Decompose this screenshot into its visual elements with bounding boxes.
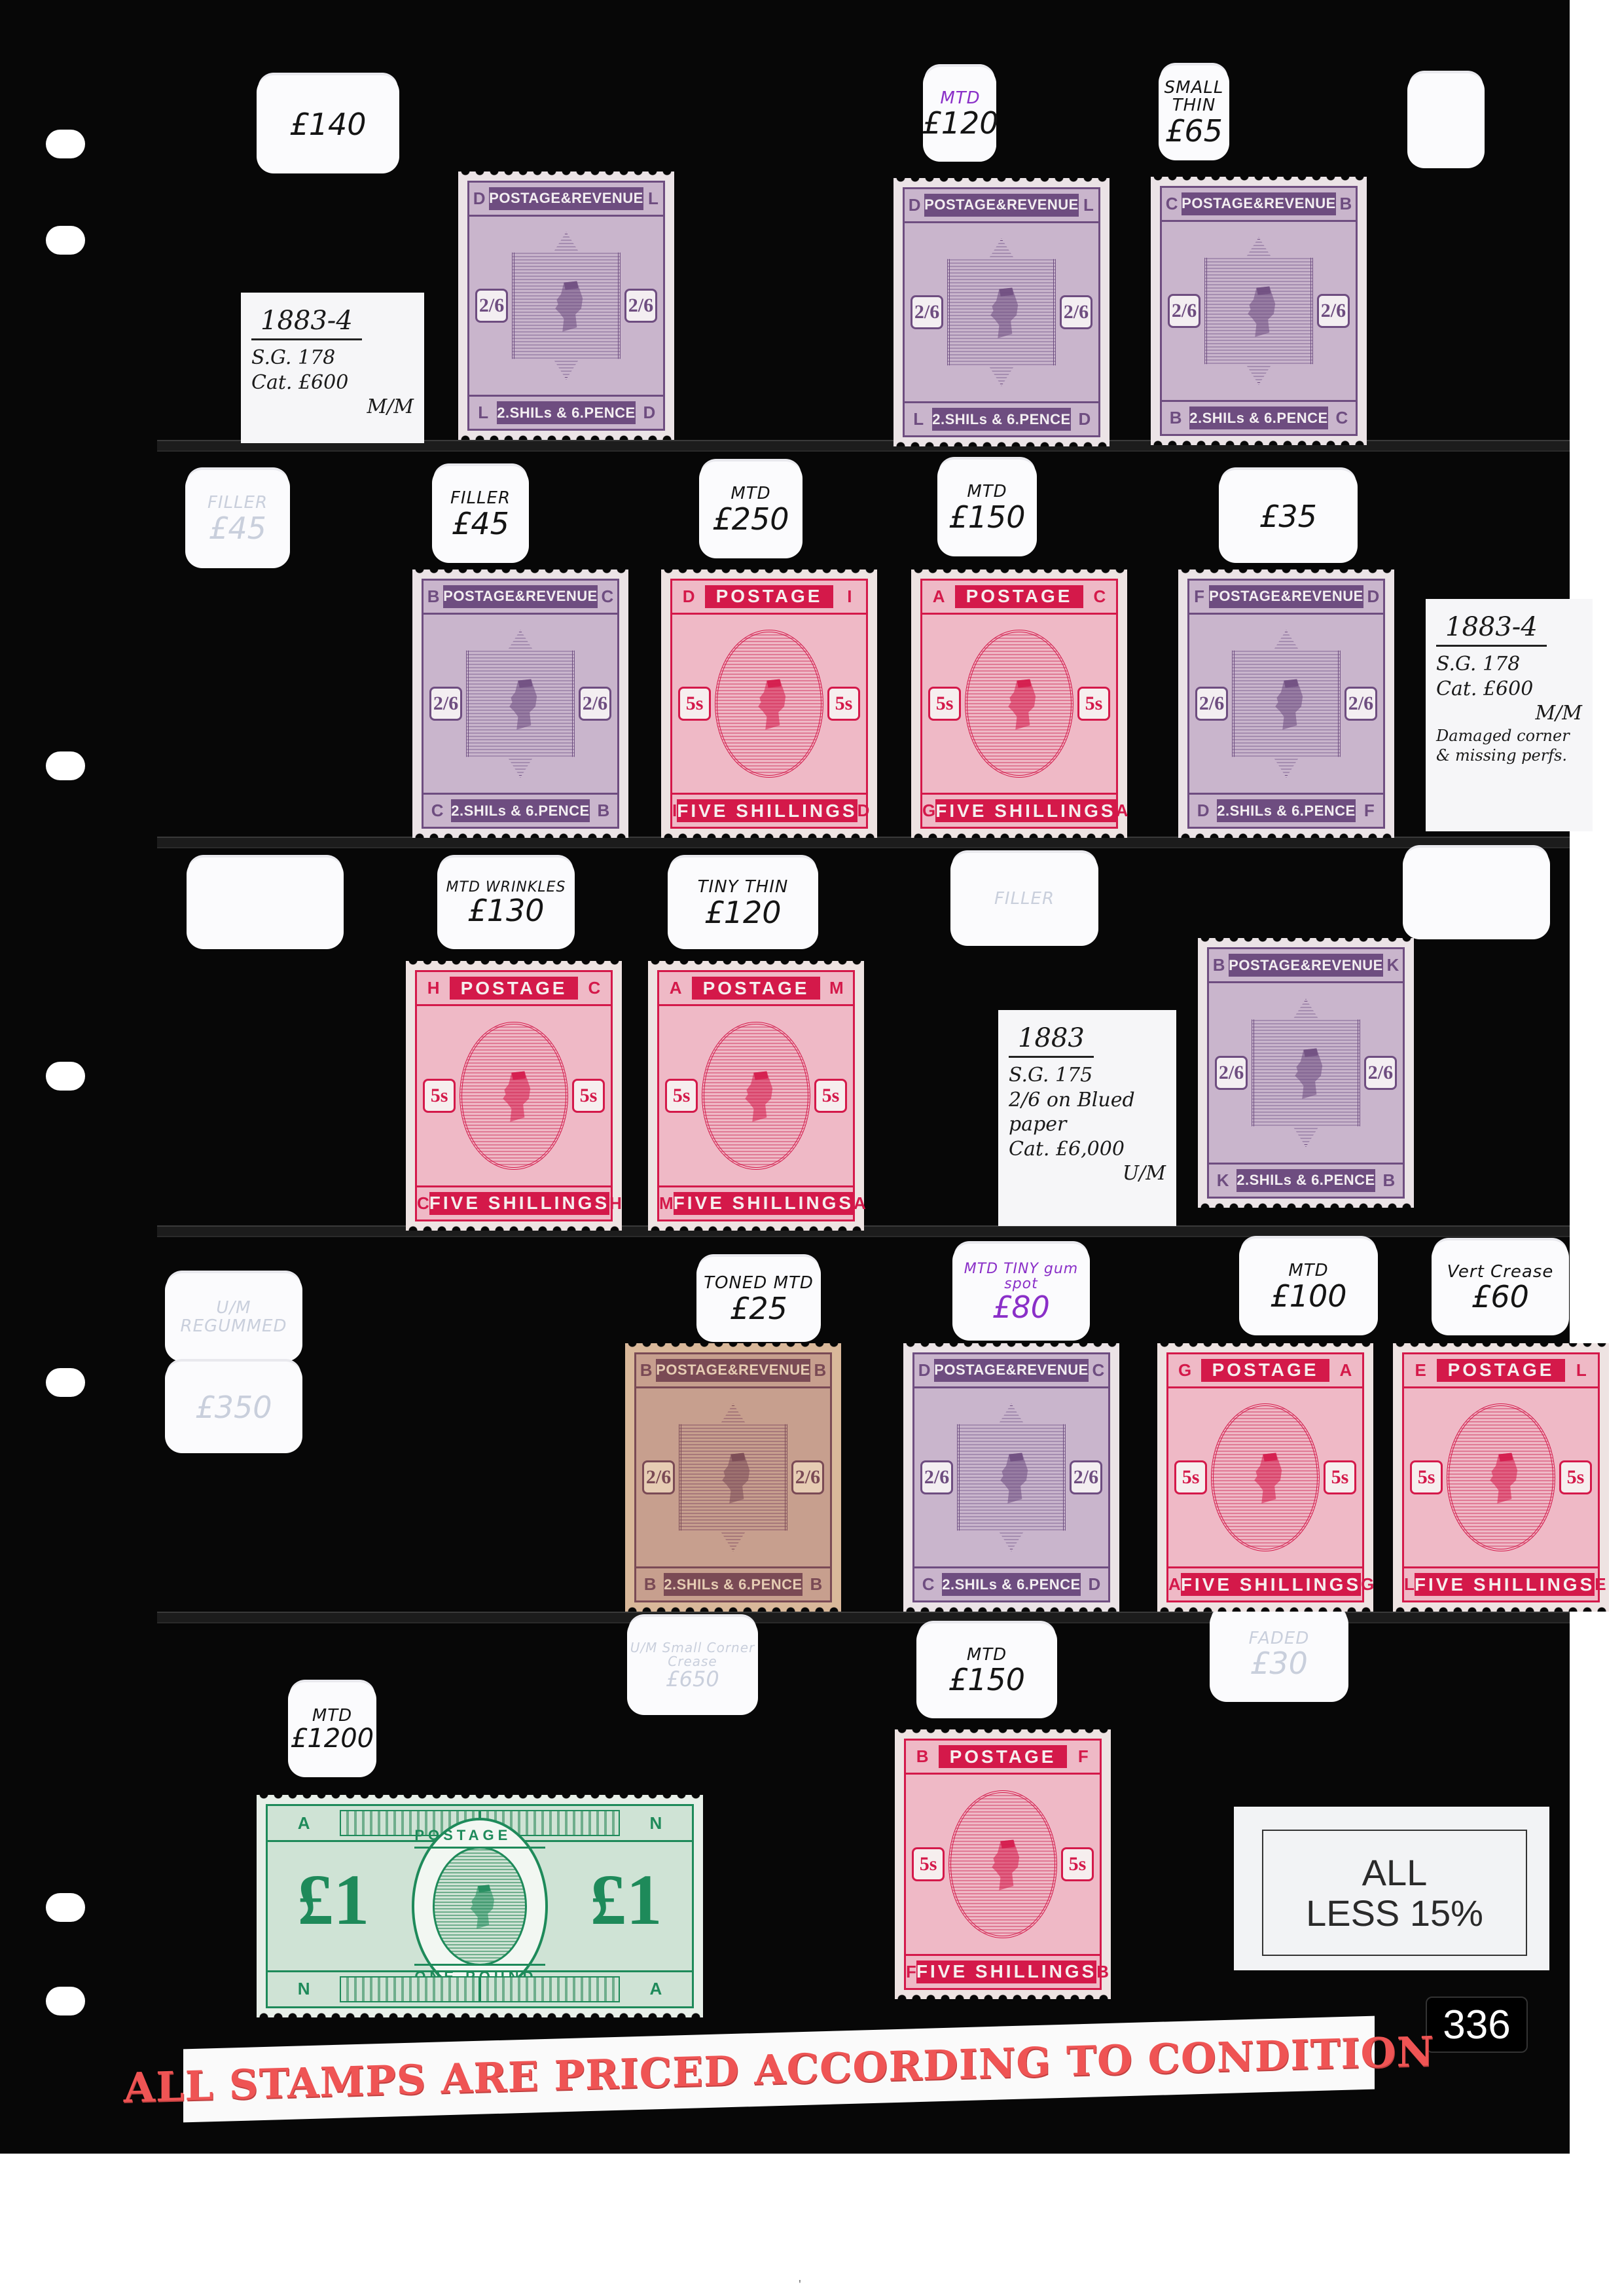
check-letter: C	[1083, 587, 1116, 607]
check-letter: B	[803, 1574, 830, 1595]
check-letter: D	[905, 195, 924, 215]
stamp-medallion	[1232, 630, 1341, 778]
price-text: £120	[704, 897, 781, 928]
stamp-frame: AN £1 £1 POSTAGEONE POUND NA	[266, 1804, 694, 2008]
stamp-top-inscription: POSTAGE&REVENUE	[656, 1359, 810, 1382]
price-text: £120	[922, 107, 998, 139]
stamp-value: 2/6	[1215, 1056, 1248, 1090]
card-line: Damaged corner	[1436, 726, 1582, 746]
check-letter: D	[1081, 1574, 1108, 1595]
queen-victoria-portrait	[1240, 270, 1284, 352]
check-letter: L	[1404, 1574, 1415, 1595]
stamp-frame: EPOSTAGEL 5s 5s LFIVE SHILLINGSE	[1402, 1352, 1600, 1602]
stamp-bottom-inscription: 2.SHILs & 6.PENCE	[664, 1573, 802, 1596]
check-letter: B	[1162, 408, 1189, 428]
binder-hole	[46, 1368, 85, 1397]
price-label[interactable]: U/M Small Corner Crease £650	[627, 1617, 758, 1715]
queen-victoria-portrait	[715, 1436, 758, 1519]
queen-victoria-portrait	[464, 1873, 502, 1940]
check-letter: C	[1328, 408, 1356, 428]
stamp-value: 5s	[1324, 1460, 1356, 1494]
check-letter: F	[906, 1962, 916, 1982]
stamp-value: 2/6	[920, 1460, 953, 1494]
stamp-bottom-inscription: 2.SHILs & 6.PENCE	[942, 1573, 1080, 1596]
check-letter: B	[590, 801, 617, 821]
stamp-value: 2/6	[1060, 295, 1092, 329]
stamp-bottom-inscription: FIVE SHILLINGS	[674, 1192, 854, 1215]
stamp-half-crown[interactable]: DPOSTAGE&REVENUEL 2/6 2/6 L2.SHILs & 6.P…	[458, 172, 674, 440]
check-letter: F	[1067, 1746, 1100, 1767]
check-letter: D	[914, 1360, 934, 1381]
check-letter: B	[1209, 955, 1229, 975]
stamp-top-inscription: POSTAGE	[1201, 1359, 1329, 1382]
check-letter: H	[609, 1193, 622, 1214]
stamp-five-shillings[interactable]: APOSTAGEC 5s 5s GFIVE SHILLINGSA	[911, 569, 1127, 838]
card-line: M/M	[251, 395, 414, 420]
stamp-frame: FPOSTAGE&REVENUED 2/6 2/6 D2.SHILs & 6.P…	[1187, 579, 1385, 829]
check-letter: C	[598, 587, 617, 607]
price-text: £100	[1270, 1280, 1346, 1312]
queen-victoria-portrait	[993, 1436, 1036, 1519]
discount-line-1: ALL	[1362, 1852, 1428, 1893]
price-label[interactable]: MTD £150	[937, 460, 1037, 556]
card-line: M/M	[1436, 701, 1582, 726]
queen-victoria-portrait	[496, 1055, 539, 1138]
stamp-five-shillings[interactable]: EPOSTAGEL 5s 5s LFIVE SHILLINGSE	[1393, 1343, 1609, 1612]
binder-hole	[46, 1987, 85, 2015]
stamp-frame: DPOSTAGEI 5s 5s IFIVE SHILLINGSD	[670, 579, 868, 829]
stamp-frame: BPOSTAGEF 5s 5s FFIVE SHILLINGSB	[904, 1739, 1102, 1990]
stamp-medallion	[715, 630, 823, 778]
stamp-five-shillings[interactable]: DPOSTAGEI 5s 5s IFIVE SHILLINGSD	[661, 569, 877, 838]
stamp-value: 5s	[928, 687, 961, 721]
check-letter: B	[810, 1360, 830, 1381]
stamp-medallion	[466, 630, 575, 778]
price-text: £80	[992, 1292, 1050, 1323]
card-line: Cat. £600	[1436, 677, 1582, 702]
price-text: £65	[1165, 115, 1223, 147]
check-letter: D	[1363, 587, 1383, 607]
check-letter: D	[1189, 801, 1217, 821]
price-text: £35	[1259, 501, 1317, 532]
price-text: £1200	[291, 1725, 374, 1752]
stamp-value: 5s	[572, 1079, 605, 1113]
price-label[interactable]: FADED £30	[1210, 1607, 1348, 1702]
stamp-five-shillings[interactable]: APOSTAGEM 5s 5s MFIVE SHILLINGSA	[648, 961, 864, 1231]
check-letter: B	[1375, 1170, 1403, 1191]
condition-note: MTD	[1288, 1262, 1328, 1280]
condition-banner: ALL STAMPS ARE PRICED ACCORDING TO CONDI…	[183, 2016, 1375, 2123]
check-letter: A	[1116, 801, 1128, 821]
stamp-medallion	[957, 1403, 1066, 1551]
stamp-five-shillings[interactable]: HPOSTAGEC 5s 5s CFIVE SHILLINGSH	[406, 961, 622, 1231]
queen-victoria-portrait	[548, 264, 591, 347]
check-letter: C	[1162, 194, 1182, 214]
stamp-value: 5s	[1559, 1460, 1592, 1494]
stamp-medallion	[948, 1790, 1057, 1939]
condition-note: U/M Small Corner Crease	[627, 1641, 758, 1669]
check-letter: A	[922, 587, 955, 607]
catalogue-card: 1883 S.G. 175 2/6 on Blued paper Cat. £6…	[998, 1010, 1176, 1226]
check-letter: A	[1329, 1360, 1362, 1381]
queen-victoria-portrait	[738, 1055, 781, 1138]
stamp-bottom-inscription: FIVE SHILLINGS	[429, 1192, 609, 1215]
scan-mark: '	[799, 2278, 801, 2293]
queen-victoria-portrait	[1001, 662, 1044, 745]
check-letter: L	[469, 403, 497, 423]
stamp-bottom-inscription: 2.SHILs & 6.PENCE	[1217, 799, 1355, 822]
check-letter: L	[1565, 1360, 1598, 1381]
stamp-medallion	[1211, 1403, 1320, 1551]
check-letter: C	[1089, 1360, 1108, 1381]
stamp-frame: HPOSTAGEC 5s 5s CFIVE SHILLINGSH	[415, 970, 613, 1221]
queen-victoria-portrait	[1268, 662, 1311, 745]
card-year: 1883-4	[251, 304, 362, 340]
stamp-frame: APOSTAGEC 5s 5s GFIVE SHILLINGSA	[920, 579, 1118, 829]
stamp-five-shillings[interactable]: BPOSTAGEF 5s 5s FFIVE SHILLINGSB	[895, 1729, 1111, 1999]
stamp-value: 5s	[1077, 687, 1110, 721]
check-letter: G	[1361, 1574, 1374, 1595]
check-letter: I	[672, 801, 677, 821]
stamp-frame: APOSTAGEM 5s 5s MFIVE SHILLINGSA	[657, 970, 855, 1221]
stamp-bottom-inscription: 2.SHILs & 6.PENCE	[451, 799, 589, 822]
stamp-value: 5s	[827, 687, 860, 721]
price-label[interactable]: £35	[1219, 470, 1358, 563]
price-text: £45	[209, 513, 266, 544]
check-letter: I	[833, 587, 866, 607]
stamp-frame: GPOSTAGEA 5s 5s AFIVE SHILLINGSG	[1166, 1352, 1364, 1602]
stamp-bottom-inscription: 2.SHILs & 6.PENCE	[1189, 407, 1327, 429]
price-text: £60	[1471, 1281, 1529, 1312]
discount-sign: ALL LESS 15%	[1234, 1807, 1549, 1970]
condition-note: MTD	[940, 90, 980, 107]
price-label[interactable]: £140	[257, 75, 399, 173]
stamp-medallion	[702, 1022, 810, 1170]
price-label[interactable]: £350	[165, 1362, 302, 1453]
stamp-value: 5s	[678, 687, 711, 721]
price-label[interactable]: MTD £150	[916, 1623, 1057, 1718]
pound-value: £1	[590, 1858, 662, 1942]
card-year: 1883	[1009, 1022, 1094, 1058]
price-text: £140	[289, 109, 366, 140]
catalogue-card: 1883-4 S.G. 178 Cat. £600 M/M Damaged co…	[1426, 599, 1593, 831]
banner-text: ALL STAMPS ARE PRICED ACCORDING TO CONDI…	[124, 2027, 1434, 2112]
check-letter: G	[1168, 1360, 1201, 1381]
check-letter: B	[424, 587, 443, 607]
price-label[interactable]: MTD TINY gum spot £80	[952, 1244, 1090, 1341]
stamp-value: 2/6	[791, 1460, 824, 1494]
queen-victoria-portrait	[983, 271, 1026, 353]
price-text: £25	[730, 1293, 787, 1324]
price-label[interactable]: MTD WRINKLES £130	[437, 858, 575, 949]
stamp-value: 2/6	[429, 687, 462, 721]
condition-note: FILLER	[450, 490, 511, 507]
price-label[interactable]: TINY THIN £120	[668, 858, 818, 949]
stamp-value: 2/6	[1070, 1460, 1102, 1494]
page-number: 336	[1426, 1997, 1528, 2053]
price-text: £650	[666, 1669, 719, 1691]
stamp-bottom-inscription: FIVE SHILLINGS	[916, 1961, 1096, 1983]
stamp-top-inscription: POSTAGE	[939, 1745, 1066, 1768]
check-letter: B	[1336, 194, 1356, 214]
card-line: Cat. £600	[251, 370, 414, 395]
discount-box: ALL LESS 15%	[1262, 1830, 1527, 1956]
check-letter: C	[914, 1574, 942, 1595]
price-label[interactable]: Vert Crease £60	[1432, 1240, 1569, 1335]
stamp-value: 5s	[423, 1079, 456, 1113]
stamp-top-inscription: POSTAGE&REVENUE	[1229, 954, 1383, 977]
strip-divider	[157, 1612, 1570, 1623]
stamp-value: 2/6	[624, 289, 657, 323]
stamp-value: 5s	[1174, 1460, 1207, 1494]
stamp-value: 2/6	[579, 687, 611, 721]
condition-note: FILLER	[994, 890, 1055, 908]
stamp-medallion	[512, 232, 621, 380]
stamp-value: 2/6	[1195, 687, 1228, 721]
check-letter: B	[636, 1360, 656, 1381]
price-label[interactable]: MTD £120	[924, 67, 996, 162]
stamp-frame: DPOSTAGE&REVENUEC 2/6 2/6 C2.SHILs & 6.P…	[912, 1352, 1110, 1602]
stamp-medallion	[947, 238, 1056, 386]
price-label[interactable]	[187, 858, 344, 949]
stamp-half-crown[interactable]: CPOSTAGE&REVENUEB 2/6 2/6 B2.SHILs & 6.P…	[1151, 177, 1367, 445]
check-letter: C	[578, 978, 611, 998]
condition-note: U/M REGUMMED	[165, 1299, 302, 1335]
stamp-frame: BPOSTAGE&REVENUEC 2/6 2/6 C2.SHILs & 6.P…	[422, 579, 619, 829]
check-letter: A	[659, 978, 692, 998]
stamp-five-shillings[interactable]: GPOSTAGEA 5s 5s AFIVE SHILLINGSG	[1157, 1343, 1373, 1612]
check-letter: A	[854, 1193, 866, 1214]
stamp-frame: BPOSTAGE&REVENUEK 2/6 2/6 K2.SHILs & 6.P…	[1207, 947, 1405, 1199]
check-letter: B	[906, 1746, 939, 1767]
check-letter: K	[1209, 1170, 1236, 1191]
queen-victoria-portrait	[502, 662, 545, 745]
stamp-value: 5s	[665, 1079, 698, 1113]
check-letter: D	[857, 801, 870, 821]
condition-note: TONED MTD	[704, 1274, 814, 1292]
card-line: S.G. 175	[1009, 1063, 1166, 1088]
stock-sheet: £140 MTD £120 SMALL THIN £65 1883-4 S.G.…	[0, 0, 1570, 2154]
check-letter: D	[672, 587, 705, 607]
check-letter: G	[922, 801, 935, 821]
stamp-value: 2/6	[642, 1460, 675, 1494]
check-letter: L	[1079, 195, 1098, 215]
stamp-half-crown[interactable]: BPOSTAGE&REVENUEC 2/6 2/6 C2.SHILs & 6.P…	[412, 569, 628, 838]
stamp-frame: CPOSTAGE&REVENUEB 2/6 2/6 B2.SHILs & 6.P…	[1160, 186, 1358, 436]
check-letter: A	[1168, 1574, 1181, 1595]
stamp-top-inscription: POSTAGE	[705, 585, 833, 608]
pound-value: £1	[297, 1858, 369, 1942]
stamp-value: 5s	[1061, 1847, 1094, 1881]
stamp-top-inscription: POSTAGE	[955, 585, 1083, 608]
card-year: 1883-4	[1436, 611, 1547, 647]
stamp-value: 2/6	[1168, 294, 1200, 328]
stamp-value: 2/6	[911, 295, 943, 329]
stamp-value: 5s	[1410, 1460, 1443, 1494]
condition-note: FADED	[1249, 1630, 1310, 1648]
binder-hole	[46, 751, 85, 780]
check-letter: E	[1404, 1360, 1437, 1381]
card-line: U/M	[1009, 1161, 1166, 1186]
stamp-half-crown[interactable]: BPOSTAGE&REVENUEB 2/6 2/6 B2.SHILs & 6.P…	[625, 1343, 841, 1612]
check-letter: D	[1071, 409, 1098, 429]
stamp-value: 2/6	[1317, 294, 1350, 328]
stamp-half-crown[interactable]: DPOSTAGE&REVENUEL 2/6 2/6 L2.SHILs & 6.P…	[893, 178, 1110, 446]
stamp-medallion	[965, 630, 1074, 778]
check-letter: F	[1356, 801, 1383, 821]
queen-victoria-portrait	[984, 1823, 1028, 1906]
card-line: Cat. £6,000	[1009, 1137, 1166, 1162]
stamp-one-pound[interactable]: AN £1 £1 POSTAGEONE POUND NA	[257, 1795, 703, 2017]
check-letter: B	[1096, 1962, 1109, 1982]
check-letter: L	[643, 189, 663, 209]
stamp-medallion	[1252, 999, 1360, 1147]
price-text: £350	[195, 1392, 272, 1423]
condition-note: SMALL THIN	[1159, 79, 1229, 115]
queen-victoria-portrait	[1483, 1436, 1526, 1519]
stamp-frame: BPOSTAGE&REVENUEB 2/6 2/6 B2.SHILs & 6.P…	[634, 1352, 832, 1602]
stamp-bottom-inscription: 2.SHILs & 6.PENCE	[932, 408, 1070, 431]
stamp-top-inscription: POSTAGE	[1437, 1359, 1564, 1382]
binder-hole	[46, 1062, 85, 1091]
stamp-bottom-inscription: FIVE SHILLINGS	[1181, 1573, 1361, 1596]
stamp-top-inscription: POSTAGE&REVENUE	[924, 194, 1079, 217]
stamp-bottom-inscription: 2.SHILs & 6.PENCE	[497, 401, 635, 424]
price-label[interactable]: FILLER £45	[432, 466, 529, 563]
stamp-half-crown[interactable]: DPOSTAGE&REVENUEC 2/6 2/6 C2.SHILs & 6.P…	[903, 1343, 1119, 1612]
check-letter: F	[1189, 587, 1209, 607]
stamp-value: 2/6	[475, 289, 508, 323]
binder-hole	[46, 130, 85, 158]
stamp-top-inscription: POSTAGE&REVENUE	[443, 585, 598, 608]
binder-hole	[46, 226, 85, 255]
condition-note: TINY THIN	[698, 878, 789, 896]
condition-note: FILLER	[208, 494, 268, 512]
stamp-top-inscription: POSTAGE&REVENUE	[1182, 192, 1336, 215]
stamp-medallion	[460, 1022, 568, 1170]
stamp-value: 5s	[814, 1079, 847, 1113]
card-line: S.G. 178	[251, 346, 414, 370]
stamp-medallion	[1204, 237, 1313, 385]
price-label[interactable]: FILLER £45	[185, 470, 290, 568]
check-letter: C	[417, 1193, 429, 1214]
stamp-top-inscription: POSTAGE	[450, 977, 577, 1000]
price-label[interactable]	[1403, 848, 1550, 939]
discount-line-2: LESS 15%	[1306, 1893, 1483, 1934]
check-letter: E	[1595, 1574, 1606, 1595]
stamp-bottom-inscription: FIVE SHILLINGS	[935, 799, 1115, 822]
price-label[interactable]: SMALL THIN £65	[1159, 65, 1229, 160]
check-letter: D	[636, 403, 663, 423]
check-letter: M	[659, 1193, 674, 1214]
check-letter: B	[636, 1574, 664, 1595]
binder-hole	[46, 1893, 85, 1922]
stamp-top-inscription: POSTAGE&REVENUE	[934, 1359, 1089, 1382]
queen-victoria-portrait	[1288, 1032, 1331, 1115]
price-text: £250	[712, 503, 789, 535]
condition-note: MTD	[731, 485, 770, 503]
card-line: 2/6 on Blued	[1009, 1088, 1166, 1113]
price-text: £130	[467, 895, 544, 926]
price-label[interactable]: MTD £100	[1239, 1238, 1378, 1335]
condition-note: MTD	[967, 1646, 1007, 1664]
condition-note: MTD	[967, 483, 1007, 501]
price-text: £45	[452, 508, 509, 539]
price-label[interactable]: TONED MTD £25	[696, 1257, 821, 1342]
price-label[interactable]	[1407, 73, 1485, 168]
stamp-bottom-inscription: 2.SHILs & 6.PENCE	[1236, 1169, 1375, 1192]
card-line: S.G. 178	[1436, 652, 1582, 677]
stamp-half-crown[interactable]: BPOSTAGE&REVENUEK 2/6 2/6 K2.SHILs & 6.P…	[1198, 938, 1414, 1208]
check-letter: H	[417, 978, 450, 998]
price-label[interactable]: MTD £1200	[288, 1682, 376, 1777]
price-label[interactable]: U/M REGUMMED	[165, 1273, 302, 1362]
check-letter: M	[820, 978, 853, 998]
queen-victoria-portrait	[751, 662, 794, 745]
condition-note: MTD TINY gum spot	[952, 1261, 1090, 1292]
stamp-top-inscription: POSTAGE&REVENUE	[1209, 585, 1363, 608]
strip-divider	[157, 837, 1570, 848]
check-letter: L	[905, 409, 932, 429]
check-letter: K	[1383, 955, 1403, 975]
stamp-bottom-inscription: FIVE SHILLINGS	[677, 799, 857, 822]
catalogue-card: 1883-4 S.G. 178 Cat. £600 M/M	[241, 293, 424, 443]
check-letter: D	[469, 189, 489, 209]
stamp-top-inscription: POSTAGE	[692, 977, 820, 1000]
stamp-frame: DPOSTAGE&REVENUEL 2/6 2/6 L2.SHILs & 6.P…	[903, 187, 1100, 437]
price-text: £30	[1250, 1648, 1308, 1679]
stamp-medallion	[1447, 1403, 1555, 1551]
stamp-half-crown[interactable]: FPOSTAGE&REVENUED 2/6 2/6 D2.SHILs & 6.P…	[1178, 569, 1394, 838]
condition-note: Vert Crease	[1447, 1263, 1554, 1281]
stamp-value: 2/6	[1344, 687, 1377, 721]
stamp-medallion	[679, 1403, 787, 1551]
price-text: £150	[948, 501, 1025, 533]
check-letter: C	[424, 801, 451, 821]
price-label[interactable]: MTD £250	[699, 461, 803, 558]
condition-note: MTD	[312, 1707, 352, 1725]
queen-victoria-portrait	[1247, 1436, 1290, 1519]
stamp-value: 2/6	[1364, 1056, 1397, 1090]
stamp-bottom-inscription: FIVE SHILLINGS	[1415, 1573, 1595, 1596]
stamp-value: 5s	[912, 1847, 945, 1881]
card-line: paper	[1009, 1112, 1166, 1137]
stamp-top-inscription: POSTAGE&REVENUE	[489, 187, 643, 210]
price-label[interactable]: FILLER	[950, 853, 1098, 946]
card-line: & missing perfs.	[1436, 746, 1582, 765]
price-text: £150	[948, 1664, 1025, 1695]
stamp-frame: DPOSTAGE&REVENUEL 2/6 2/6 L2.SHILs & 6.P…	[467, 181, 665, 431]
